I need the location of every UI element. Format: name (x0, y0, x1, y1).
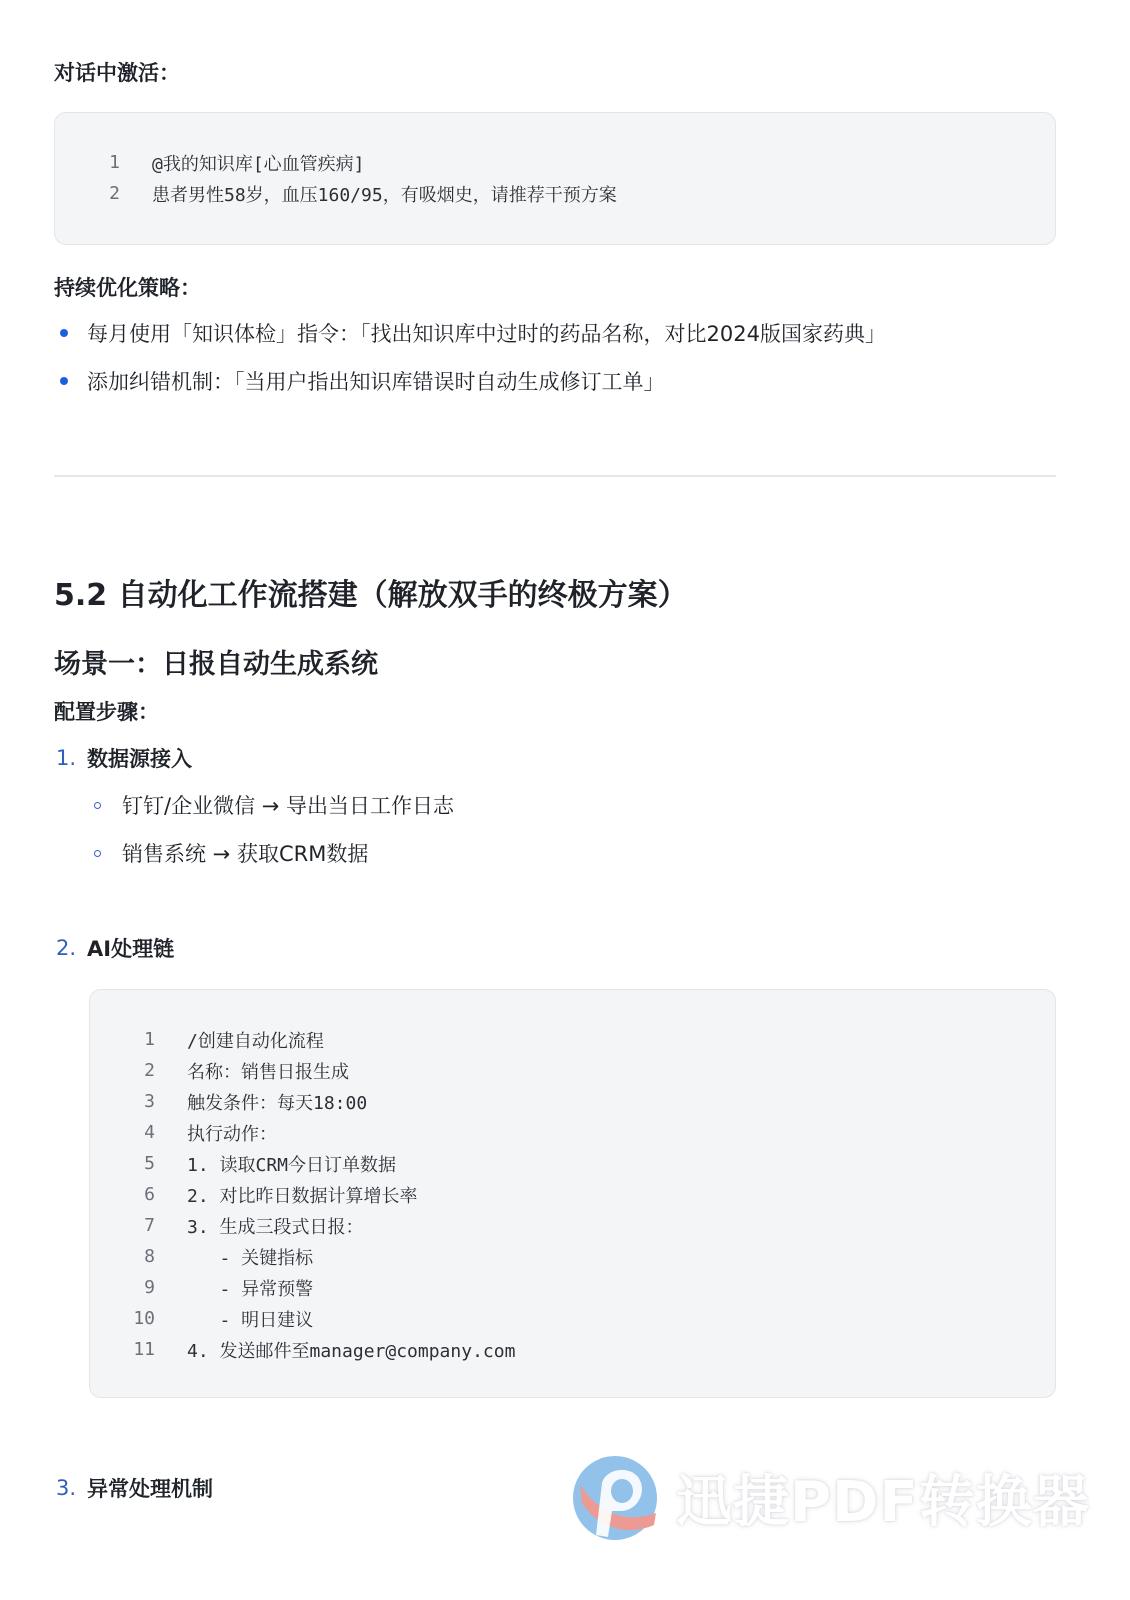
list-item-text: 每月使用「知识体检」指令：「找出知识库中过时的药品名称，对比2024版国家药典」 (87, 318, 886, 348)
sub-list-item-text: 销售系统 → 获取CRM数据 (122, 838, 368, 868)
code-text: - 明日建议 (187, 1306, 313, 1332)
line-number: 1 (55, 152, 120, 173)
section-divider (54, 475, 1056, 477)
code-line: 11 4. 发送邮件至manager@company.com (90, 1334, 515, 1365)
pdf-converter-logo-icon (572, 1455, 658, 1541)
code-text: 触发条件：每天18:00 (187, 1089, 367, 1115)
bullet-icon (60, 377, 68, 385)
code-text: @我的知识库[心血管疾病] (152, 150, 365, 176)
code-text: 2. 对比昨日数据计算增长率 (187, 1182, 418, 1208)
code-line: 1 @我的知识库[心血管疾病] (55, 147, 365, 178)
step-title: 数据源接入 (87, 743, 192, 773)
optimization-label: 持续优化策略： (54, 272, 201, 302)
code-text: - 异常预警 (187, 1275, 313, 1301)
code-text: 1. 读取CRM今日订单数据 (187, 1151, 396, 1177)
scenario-title: 场景一：日报自动生成系统 (54, 642, 378, 681)
code-text: 执行动作： (187, 1120, 277, 1146)
line-number: 2 (55, 183, 120, 204)
list-item: 每月使用「知识体检」指令：「找出知识库中过时的药品名称，对比2024版国家药典」 (54, 318, 886, 348)
activation-label: 对话中激活： (54, 57, 180, 87)
code-text: 患者男性58岁，血压160/95，有吸烟史，请推荐干预方案 (152, 181, 617, 207)
code-line: 10 - 明日建议 (90, 1303, 313, 1334)
watermark-text: 迅捷PDF转换器 (676, 1458, 1090, 1538)
line-number: 11 (90, 1339, 155, 1360)
line-number: 2 (90, 1060, 155, 1081)
code-line: 3 触发条件：每天18:00 (90, 1086, 367, 1117)
step-title: 异常处理机制 (87, 1473, 213, 1503)
code-text: 4. 发送邮件至manager@company.com (187, 1337, 515, 1363)
step-number: 3. (54, 1476, 87, 1500)
code-line: 7 3. 生成三段式日报： (90, 1210, 364, 1241)
step-number: 2. (54, 936, 87, 960)
code-text: 3. 生成三段式日报： (187, 1213, 364, 1239)
bullet-icon (60, 329, 68, 337)
code-line: 8 - 关键指标 (90, 1241, 313, 1272)
line-number: 1 (90, 1029, 155, 1050)
section-heading: 5.2 自动化工作流搭建（解放双手的终极方案） (54, 570, 688, 614)
code-text: /创建自动化流程 (187, 1027, 324, 1053)
code-text: - 关键指标 (187, 1244, 313, 1270)
step-number: 1. (54, 746, 87, 770)
line-number: 5 (90, 1153, 155, 1174)
sub-list-item-text: 钉钉/企业微信 → 导出当日工作日志 (122, 790, 454, 820)
line-number: 4 (90, 1122, 155, 1143)
line-number: 3 (90, 1091, 155, 1112)
line-number: 6 (90, 1184, 155, 1205)
code-text: 名称：销售日报生成 (187, 1058, 349, 1084)
code-line: 5 1. 读取CRM今日订单数据 (90, 1148, 396, 1179)
step-item: 3. 异常处理机制 (54, 1473, 213, 1503)
code-line: 1 /创建自动化流程 (90, 1024, 324, 1055)
sub-list-item: 销售系统 → 获取CRM数据 (54, 838, 368, 868)
line-number: 10 (90, 1308, 155, 1329)
line-number: 8 (90, 1246, 155, 1267)
line-number: 7 (90, 1215, 155, 1236)
list-item-text: 添加纠错机制：「当用户指出知识库错误时自动生成修订工单」 (87, 366, 665, 396)
code-line: 2 名称：销售日报生成 (90, 1055, 349, 1086)
circle-bullet-icon (94, 850, 101, 857)
code-line: 9 - 异常预警 (90, 1272, 313, 1303)
step-title: AI处理链 (87, 933, 174, 963)
step-item: 2. AI处理链 (54, 933, 174, 963)
activation-code-block[interactable]: 1 @我的知识库[心血管疾病] 2 患者男性58岁，血压160/95，有吸烟史，… (54, 112, 1056, 245)
workflow-code-block[interactable]: 1 /创建自动化流程 2 名称：销售日报生成 3 触发条件：每天18:00 4 … (89, 989, 1056, 1398)
watermark: 迅捷PDF转换器 (572, 1455, 1090, 1541)
circle-bullet-icon (94, 802, 101, 809)
sub-list-item: 钉钉/企业微信 → 导出当日工作日志 (54, 790, 454, 820)
code-line: 2 患者男性58岁，血压160/95，有吸烟史，请推荐干预方案 (55, 178, 617, 209)
list-item: 添加纠错机制：「当用户指出知识库错误时自动生成修订工单」 (54, 366, 665, 396)
steps-label: 配置步骤： (54, 696, 159, 726)
step-item: 1. 数据源接入 (54, 743, 192, 773)
code-line: 4 执行动作： (90, 1117, 277, 1148)
line-number: 9 (90, 1277, 155, 1298)
code-line: 6 2. 对比昨日数据计算增长率 (90, 1179, 418, 1210)
